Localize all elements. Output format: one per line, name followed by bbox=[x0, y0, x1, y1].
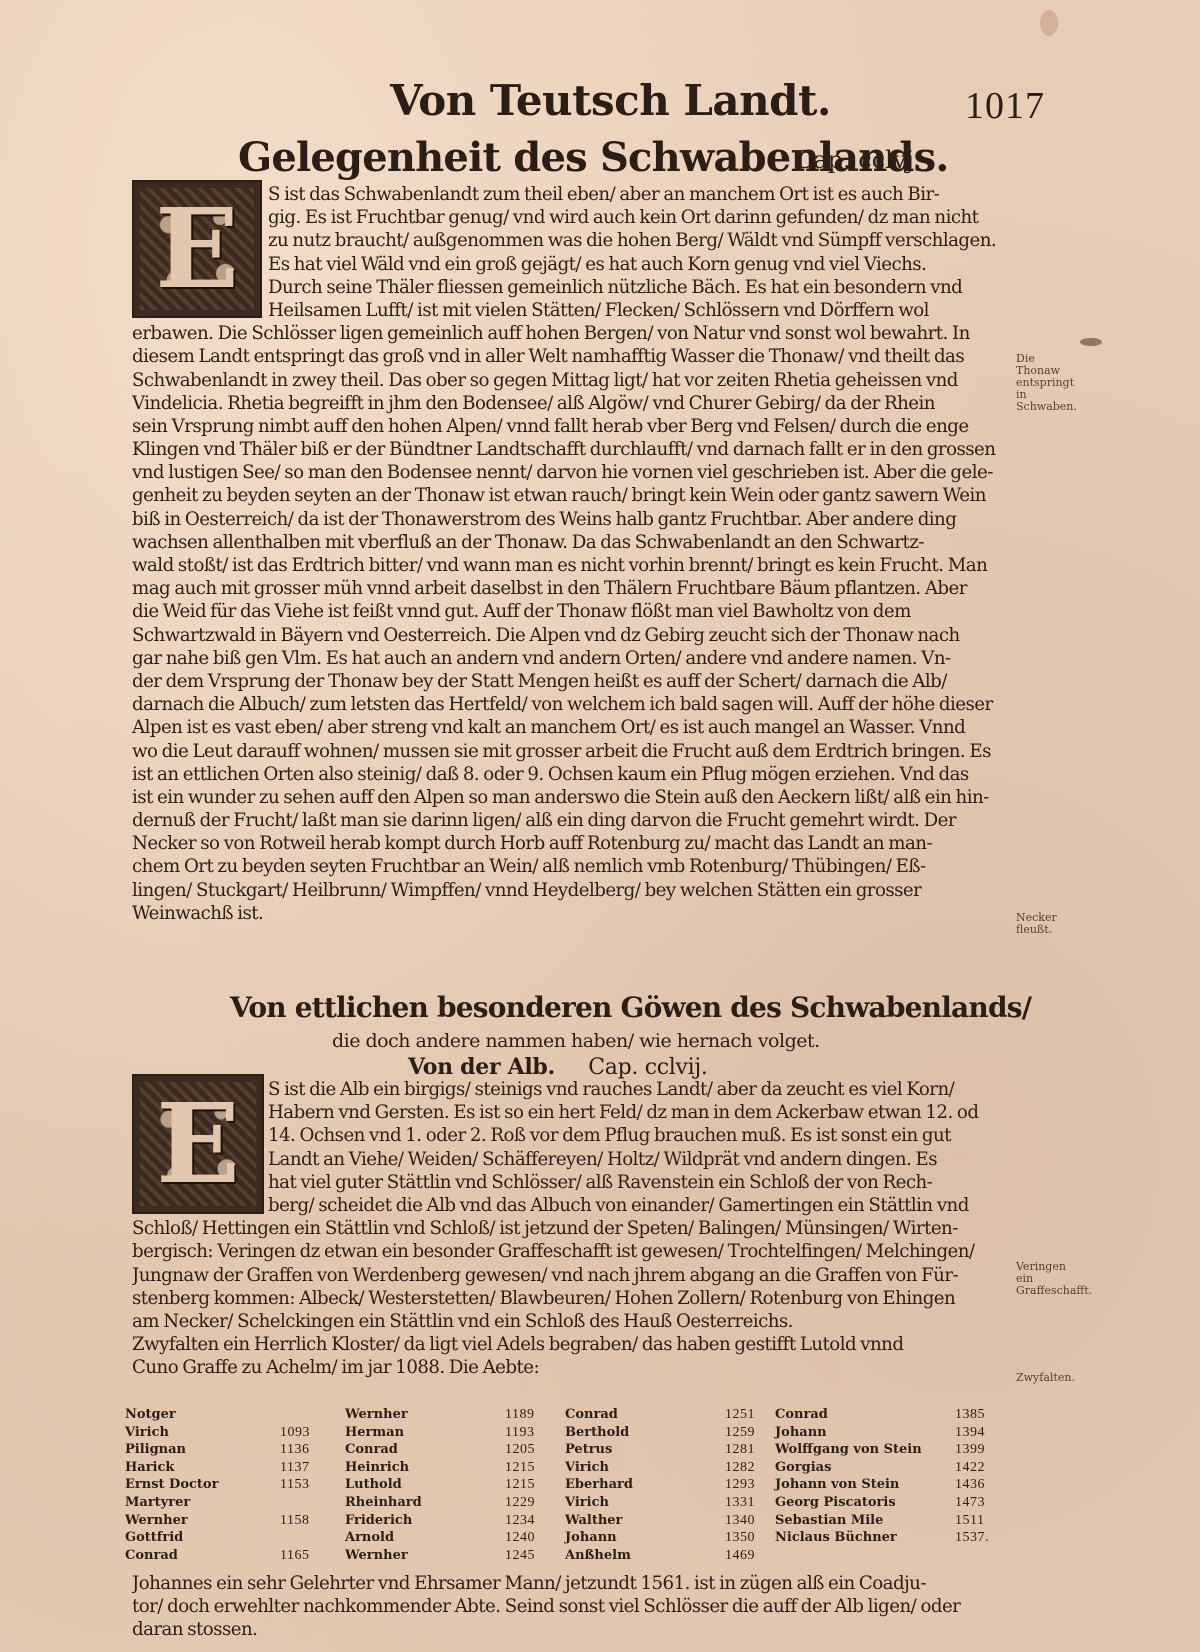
text-line: zu nutz braucht/ außgenommen was die hoh… bbox=[268, 229, 1008, 252]
text-line: genheit zu beyden seyten an der Thonaw i… bbox=[132, 484, 1008, 507]
abbots-column: NotgerVirich1093Pilignan1136Harick1137Er… bbox=[125, 1406, 355, 1564]
abbot-year: 1251 bbox=[725, 1406, 755, 1424]
abbot-year: 1229 bbox=[505, 1494, 535, 1512]
abbot-name: Conrad bbox=[565, 1406, 618, 1424]
text-line: Cuno Graffe zu Achelm/ im jar 1088. Die … bbox=[132, 1356, 1008, 1379]
abbot-entry: Wernher1245 bbox=[345, 1547, 575, 1565]
abbot-name: Heinrich bbox=[345, 1459, 409, 1477]
text-line: Durch seine Thäler fliessen gemeinlich n… bbox=[268, 276, 1008, 299]
text-line: die Weid für das Viehe ist feißt vnnd gu… bbox=[132, 600, 1008, 623]
text-line: Es hat viel Wäld vnd ein groß gejägt/ es… bbox=[268, 253, 1008, 276]
abbot-name: Conrad bbox=[345, 1441, 398, 1459]
abbot-year: 1245 bbox=[505, 1547, 535, 1565]
text-line: S ist die Alb ein birgigs/ steinigs vnd … bbox=[268, 1078, 1008, 1101]
abbot-name: Luthold bbox=[345, 1476, 402, 1494]
text-line: wald stoßt/ ist das Erdtrich bitter/ vnd… bbox=[132, 554, 1008, 577]
abbot-entry: Virich1093 bbox=[125, 1424, 355, 1442]
abbot-year: 1511 bbox=[955, 1512, 984, 1530]
abbots-column: Conrad1251Berthold1259Petrus1281Virich12… bbox=[565, 1406, 795, 1564]
abbot-year: 1282 bbox=[725, 1459, 755, 1477]
text-line: Johannes ein sehr Gelehrter vnd Ehrsamer… bbox=[132, 1572, 1012, 1595]
paper-stain bbox=[1040, 10, 1058, 36]
abbot-entry: Gottfrid bbox=[125, 1529, 355, 1547]
abbot-name: Friderich bbox=[345, 1512, 412, 1530]
abbot-year: 1537. bbox=[955, 1529, 989, 1547]
abbot-entry: Johann1394 bbox=[775, 1424, 1005, 1442]
abbot-entry: Wernher1189 bbox=[345, 1406, 575, 1424]
section-title: Von ettlichen besonderen Göwen des Schwa… bbox=[230, 991, 1031, 1024]
text-line: am Necker/ Schelckingen ein Stättlin vnd… bbox=[132, 1310, 1008, 1333]
text-line: biß in Oesterreich/ da ist der Thonawers… bbox=[132, 508, 1008, 531]
abbot-entry: Niclaus Büchner1537. bbox=[775, 1529, 1005, 1547]
text-line: gar nahe biß gen Vlm. Es hat auch an and… bbox=[132, 647, 1008, 670]
abbot-entry: Eberhard1293 bbox=[565, 1476, 795, 1494]
text-line: der dem Vrsprung der Thonaw bey der Stat… bbox=[132, 670, 1008, 693]
text-line: mag auch mit grosser müh vnnd arbeit das… bbox=[132, 577, 1008, 600]
text-line: lingen/ Stuckgart/ Heilbrunn/ Wimpffen/ … bbox=[132, 879, 1008, 902]
abbots-list: NotgerVirich1093Pilignan1136Harick1137Er… bbox=[125, 1406, 1005, 1566]
text-line: Zwyfalten ein Herrlich Kloster/ da ligt … bbox=[132, 1333, 1008, 1356]
abbot-entry: Johann von Stein1436 bbox=[775, 1476, 1005, 1494]
text-line: chem Ort zu beyden seyten Fruchtbar an W… bbox=[132, 855, 1008, 878]
section-subtitle: die doch andere nammen haben/ wie hernac… bbox=[332, 1030, 820, 1052]
abbot-entry: Georg Piscatoris1473 bbox=[775, 1494, 1005, 1512]
text-line: Schloß/ Hettingen ein Stättlin vnd Schlo… bbox=[132, 1217, 1008, 1240]
section-cap: Cap. cclvij. bbox=[588, 1055, 707, 1080]
abbot-name: Wernher bbox=[345, 1406, 408, 1424]
abbot-year: 1240 bbox=[505, 1529, 535, 1547]
text-line: tor/ doch erwehlter nachkommender Abte. … bbox=[132, 1595, 1012, 1618]
abbot-name: Niclaus Büchner bbox=[775, 1529, 897, 1547]
abbot-year: 1234 bbox=[505, 1512, 535, 1530]
abbot-name: Petrus bbox=[565, 1441, 612, 1459]
abbot-year: 1473 bbox=[955, 1494, 985, 1512]
abbots-column: Wernher1189Herman1193Conrad1205Heinrich1… bbox=[345, 1406, 575, 1564]
abbot-name: Pilignan bbox=[125, 1441, 186, 1459]
abbot-entry: Virich1331 bbox=[565, 1494, 795, 1512]
abbot-name: Conrad bbox=[775, 1406, 828, 1424]
abbot-entry: Conrad1385 bbox=[775, 1406, 1005, 1424]
abbot-name: Johann bbox=[775, 1424, 827, 1442]
abbot-name: Johann bbox=[565, 1529, 617, 1547]
abbot-name: Martyrer bbox=[125, 1494, 190, 1512]
abbot-year: 1193 bbox=[505, 1424, 534, 1442]
abbot-entry: Friderich1234 bbox=[345, 1512, 575, 1530]
abbot-year: 1422 bbox=[955, 1459, 985, 1477]
marginal-note: Necker fleußt. bbox=[1016, 912, 1076, 936]
decorated-initial: E bbox=[132, 180, 262, 318]
abbot-name: Conrad bbox=[125, 1547, 178, 1565]
text-line: sein Vrsprung nimbt auff den hohen Alpen… bbox=[132, 415, 1008, 438]
text-line: berg/ scheidet die Alb vnd das Albuch vo… bbox=[268, 1194, 1008, 1217]
text-line: dernuß der Frucht/ laßt man sie darinn l… bbox=[132, 809, 1008, 832]
abbot-entry: Conrad1205 bbox=[345, 1441, 575, 1459]
abbot-year: 1293 bbox=[725, 1476, 755, 1494]
abbot-entry: Notger bbox=[125, 1406, 355, 1424]
chapter-number: Cap. cclvj. bbox=[795, 146, 921, 174]
abbot-year: 1340 bbox=[725, 1512, 755, 1530]
text-line: Schwartzwald in Bäyern vnd Oesterreich. … bbox=[132, 624, 1008, 647]
abbot-name: Virich bbox=[565, 1494, 609, 1512]
abbot-name: Walther bbox=[565, 1512, 622, 1530]
abbot-entry: Gorgias1422 bbox=[775, 1459, 1005, 1477]
abbot-entry: Anßhelm1469 bbox=[565, 1547, 795, 1565]
text-line: wachsen allenthalben mit vberfluß an der… bbox=[132, 531, 1008, 554]
abbot-year: 1158 bbox=[280, 1512, 309, 1530]
abbot-year: 1399 bbox=[955, 1441, 985, 1459]
section-heading: Von der Alb. Cap. cclvij. bbox=[408, 1054, 708, 1080]
abbot-entry: Walther1340 bbox=[565, 1512, 795, 1530]
abbot-year: 1136 bbox=[280, 1441, 309, 1459]
abbot-year: 1205 bbox=[505, 1441, 535, 1459]
abbot-name: Ernst Doctor bbox=[125, 1476, 218, 1494]
abbot-name: Virich bbox=[125, 1424, 169, 1442]
text-line: Habern vnd Gersten. Es ist so ein hert F… bbox=[268, 1101, 1008, 1124]
text-line: 14. Ochsen vnd 1. oder 2. Roß vor dem Pf… bbox=[268, 1124, 1008, 1147]
text-line: ist an ettlichen Orten also steinig/ daß… bbox=[132, 763, 1008, 786]
abbot-entry: Herman1193 bbox=[345, 1424, 575, 1442]
text-line: hat viel guter Stättlin vnd Schlösser/ a… bbox=[268, 1171, 1008, 1194]
text-line: Schwabenlandt in zwey theil. Das ober so… bbox=[132, 369, 1008, 392]
abbot-entry bbox=[775, 1547, 1005, 1565]
text-line: Necker so von Rotweil herab kompt durch … bbox=[132, 832, 1008, 855]
abbot-name: Wernher bbox=[345, 1547, 408, 1565]
text-line: ist ein wunder zu sehen auff den Alpen s… bbox=[132, 786, 1008, 809]
abbot-entry: Petrus1281 bbox=[565, 1441, 795, 1459]
abbot-year: 1394 bbox=[955, 1424, 985, 1442]
abbot-name: Rheinhard bbox=[345, 1494, 422, 1512]
decorated-initial: E bbox=[132, 1074, 264, 1214]
text-line: Vindelicia. Rhetia begreifft in jhm den … bbox=[132, 392, 1008, 415]
abbot-entry: Wolffgang von Stein1399 bbox=[775, 1441, 1005, 1459]
abbot-year: 1281 bbox=[725, 1441, 755, 1459]
marginal-note: Zwyfalten. bbox=[1016, 1372, 1076, 1384]
abbot-name: Gorgias bbox=[775, 1459, 831, 1477]
abbot-year: 1165 bbox=[280, 1547, 309, 1565]
running-head: Von Teutsch Landt. bbox=[390, 76, 831, 125]
page-number: 1017 bbox=[965, 84, 1045, 128]
abbot-entry: Heinrich1215 bbox=[345, 1459, 575, 1477]
abbot-year: 1385 bbox=[955, 1406, 985, 1424]
abbot-year: 1469 bbox=[725, 1547, 755, 1565]
abbot-name: Virich bbox=[565, 1459, 609, 1477]
abbot-name: Wolffgang von Stein bbox=[775, 1441, 922, 1459]
abbot-year: 1436 bbox=[955, 1476, 985, 1494]
text-line: vnd lustigen See/ so man den Bodensee ne… bbox=[132, 461, 1008, 484]
abbot-entry: Rheinhard1229 bbox=[345, 1494, 575, 1512]
abbot-year: 1153 bbox=[280, 1476, 309, 1494]
text-line: Weinwachß ist. bbox=[132, 902, 1008, 925]
chapter-body: S ist das Schwabenlandt zum theil eben/ … bbox=[268, 183, 1008, 925]
abbot-name: Harick bbox=[125, 1459, 174, 1477]
initial-letter: E bbox=[156, 1089, 240, 1199]
abbot-entry: Martyrer bbox=[125, 1494, 355, 1512]
text-line: Landt an Viehe/ Weiden/ Schäffereyen/ Ho… bbox=[268, 1148, 1008, 1171]
text-line: Heilsamen Lufft/ ist mit vielen Stätten/… bbox=[268, 299, 1008, 322]
text-line: daran stossen. bbox=[132, 1618, 1012, 1641]
text-line: bergisch: Veringen dz etwan ein besonder… bbox=[132, 1240, 1008, 1263]
text-line: erbawen. Die Schlösser ligen gemeinlich … bbox=[132, 322, 1008, 345]
abbot-name: Notger bbox=[125, 1406, 176, 1424]
initial-letter: E bbox=[155, 194, 239, 304]
book-page: Von Teutsch Landt. 1017 Gelegenheit des … bbox=[0, 0, 1200, 1652]
marginal-note: Veringen ein Graffeschafft. bbox=[1016, 1261, 1076, 1297]
text-line: diesem Landt entspringt das groß vnd in … bbox=[132, 345, 1008, 368]
abbot-name: Herman bbox=[345, 1424, 404, 1442]
abbot-name: Sebastian Mile bbox=[775, 1512, 883, 1530]
abbot-entry: Virich1282 bbox=[565, 1459, 795, 1477]
abbot-year: 1215 bbox=[505, 1459, 535, 1477]
text-line: S ist das Schwabenlandt zum theil eben/ … bbox=[268, 183, 1008, 206]
closing-paragraph: Johannes ein sehr Gelehrter vnd Ehrsamer… bbox=[132, 1572, 1012, 1642]
abbot-entry: Conrad1251 bbox=[565, 1406, 795, 1424]
abbot-year: 1137 bbox=[280, 1459, 309, 1477]
abbot-name: Berthold bbox=[565, 1424, 629, 1442]
abbots-column: Conrad1385Johann1394Wolffgang von Stein1… bbox=[775, 1406, 1005, 1564]
abbot-entry: Wernher1158 bbox=[125, 1512, 355, 1530]
abbot-entry: Johann1350 bbox=[565, 1529, 795, 1547]
abbot-year: 1215 bbox=[505, 1476, 535, 1494]
abbot-year: 1350 bbox=[725, 1529, 755, 1547]
abbot-year: 1093 bbox=[280, 1424, 310, 1442]
section-body: S ist die Alb ein birgigs/ steinigs vnd … bbox=[268, 1078, 1008, 1379]
abbot-year: 1331 bbox=[725, 1494, 755, 1512]
abbot-name: Anßhelm bbox=[565, 1547, 631, 1565]
abbot-name: Arnold bbox=[345, 1529, 394, 1547]
abbot-year: 1259 bbox=[725, 1424, 755, 1442]
abbot-entry: Conrad1165 bbox=[125, 1547, 355, 1565]
section-heading-text: Von der Alb. bbox=[408, 1054, 555, 1080]
abbot-name: Eberhard bbox=[565, 1476, 633, 1494]
paper-stain bbox=[1080, 338, 1102, 346]
abbot-entry: Pilignan1136 bbox=[125, 1441, 355, 1459]
abbot-entry: Luthold1215 bbox=[345, 1476, 575, 1494]
abbot-entry: Ernst Doctor1153 bbox=[125, 1476, 355, 1494]
text-line: wo die Leut darauff wohnen/ mussen sie m… bbox=[132, 740, 1008, 763]
text-line: gig. Es ist Fruchtbar genug/ vnd wird au… bbox=[268, 206, 1008, 229]
abbot-entry: Arnold1240 bbox=[345, 1529, 575, 1547]
abbot-entry: Sebastian Mile1511 bbox=[775, 1512, 1005, 1530]
abbot-name: Wernher bbox=[125, 1512, 188, 1530]
text-line: stenberg kommen: Albeck/ Westerstetten/ … bbox=[132, 1287, 1008, 1310]
abbot-name: Gottfrid bbox=[125, 1529, 183, 1547]
text-line: darnach die Albuch/ zum letsten das Hert… bbox=[132, 693, 1008, 716]
text-line: Klingen vnd Thäler biß er der Bündtner L… bbox=[132, 438, 1008, 461]
abbot-name: Georg Piscatoris bbox=[775, 1494, 896, 1512]
text-line: Jungnaw der Graffen von Werdenberg gewes… bbox=[132, 1264, 1008, 1287]
abbot-year: 1189 bbox=[505, 1406, 534, 1424]
text-line: Alpen ist es vast eben/ aber streng vnd … bbox=[132, 716, 1008, 739]
abbot-entry: Harick1137 bbox=[125, 1459, 355, 1477]
abbot-entry: Berthold1259 bbox=[565, 1424, 795, 1442]
abbot-name: Johann von Stein bbox=[775, 1476, 899, 1494]
marginal-note: Die Thonaw entspringt in Schwaben. bbox=[1016, 353, 1076, 413]
